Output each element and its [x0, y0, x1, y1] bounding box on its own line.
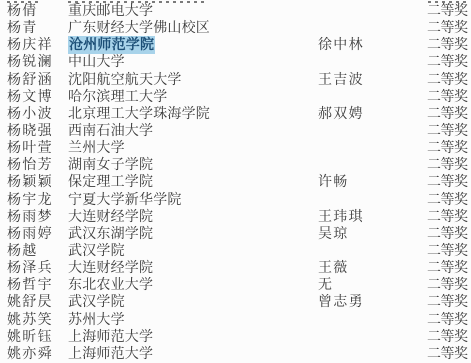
- search-highlight: 沧州师范学院: [68, 36, 155, 54]
- university-name: 武汉学院: [68, 294, 125, 311]
- table-row: 姚舒昃 武汉学院 曾志勇 二等奖: [0, 294, 471, 311]
- award-level: 二等奖: [427, 157, 468, 174]
- university-name: 苏州大学: [68, 312, 125, 329]
- university-name: 湖南女子学院: [68, 157, 153, 174]
- student-name: 杨哲宇: [7, 277, 53, 294]
- table-row: 杨越 武汉学院 二等奖: [0, 243, 471, 260]
- student-name: 杨越: [7, 243, 38, 260]
- table-row: 杨泽兵 大连财经学院 王薇 二等奖: [0, 260, 471, 277]
- award-level: 二等奖: [427, 20, 468, 37]
- university-name: 大连财经学院: [68, 209, 153, 226]
- table-row: 杨舒涵 沈阳航空航天大学 王吉波 二等奖: [0, 72, 471, 89]
- university-name: 哈尔滨理工大学: [68, 89, 167, 106]
- award-table: 杨倩 重庆邮电大学 二等奖 杨青 广东财经大学佛山校区 二等奖 杨庆祥 沧州师范…: [0, 3, 471, 363]
- student-name: 杨舒涵: [7, 72, 53, 89]
- award-level: 二等奖: [427, 260, 468, 277]
- table-row: 杨颖颖 保定理工学院 许畅 二等奖: [0, 174, 471, 191]
- advisor-name: 王吉波: [318, 72, 364, 89]
- university-name: 北京理工大学珠海学院: [68, 106, 210, 123]
- award-level: 二等奖: [427, 89, 468, 106]
- student-name: 姚昕钰: [7, 329, 53, 346]
- university-name: 兰州大学: [68, 140, 125, 157]
- award-level: 二等奖: [427, 3, 468, 20]
- university-name: 上海师范大学: [68, 329, 153, 346]
- university-name: 宁夏大学新华学院: [68, 192, 182, 209]
- table-row: 姚昕钰 上海师范大学 二等奖: [0, 329, 471, 346]
- award-level: 二等奖: [427, 123, 468, 140]
- award-level: 二等奖: [427, 140, 468, 157]
- table-row: 杨哲宇 东北农业大学 无 二等奖: [0, 277, 471, 294]
- student-name: 杨小波: [7, 106, 53, 123]
- table-row: 杨叶萱 兰州大学 二等奖: [0, 140, 471, 157]
- student-name: 杨倩: [7, 3, 38, 20]
- student-name: 姚苏笑: [7, 312, 53, 329]
- award-level: 二等奖: [427, 312, 468, 329]
- university-name: 西南石油大学: [68, 123, 153, 140]
- advisor-name: 王薇: [318, 260, 349, 277]
- document-page: 杨倩 重庆邮电大学 二等奖 杨青 广东财经大学佛山校区 二等奖 杨庆祥 沧州师范…: [0, 0, 471, 363]
- table-row: 杨晓强 西南石油大学 二等奖: [0, 123, 471, 140]
- award-level: 二等奖: [427, 209, 468, 226]
- student-name: 杨文博: [7, 89, 53, 106]
- university-name: 保定理工学院: [68, 174, 153, 191]
- student-name: 杨泽兵: [7, 260, 53, 277]
- university-name: 重庆邮电大学: [68, 3, 153, 20]
- table-row: 杨怡芳 湖南女子学院 二等奖: [0, 157, 471, 174]
- table-row: 杨小波 北京理工大学珠海学院 郝双娉 二等奖: [0, 106, 471, 123]
- table-row: 杨雨婷 武汉东湖学院 吴琼 二等奖: [0, 226, 471, 243]
- student-name: 杨雨梦: [7, 209, 53, 226]
- student-name: 杨庆祥: [7, 37, 53, 54]
- university-name: 上海师范大学: [68, 346, 153, 363]
- student-name: 杨叶萱: [7, 140, 53, 157]
- university-name: 中山大学: [68, 54, 125, 71]
- university-name: 大连财经学院: [68, 260, 153, 277]
- student-name: 杨雨婷: [7, 226, 53, 243]
- student-name: 杨晓强: [7, 123, 53, 140]
- advisor-name: 无: [318, 277, 333, 294]
- student-name: 姚舒昃: [7, 294, 53, 311]
- award-level: 二等奖: [427, 54, 468, 71]
- award-level: 二等奖: [427, 192, 468, 209]
- award-level: 二等奖: [427, 329, 468, 346]
- university-name: 广东财经大学佛山校区: [68, 20, 210, 37]
- award-level: 二等奖: [427, 277, 468, 294]
- advisor-name: 郝双娉: [318, 106, 364, 123]
- award-level: 二等奖: [427, 37, 468, 54]
- award-level: 二等奖: [427, 106, 468, 123]
- student-name: 杨锐澜: [7, 54, 53, 71]
- table-row: 杨庆祥 沧州师范学院 徐中林 二等奖: [0, 37, 471, 54]
- table-row: 杨宇龙 宁夏大学新华学院 二等奖: [0, 192, 471, 209]
- table-row: 姚亦舜 上海师范大学 二等奖: [0, 346, 471, 363]
- university-name: 沧州师范学院: [68, 37, 155, 54]
- advisor-name: 徐中林: [318, 37, 364, 54]
- award-level: 二等奖: [427, 243, 468, 260]
- table-row: 杨文博 哈尔滨理工大学 二等奖: [0, 89, 471, 106]
- university-name: 东北农业大学: [68, 277, 153, 294]
- student-name: 杨宇龙: [7, 192, 53, 209]
- advisor-name: 许畅: [318, 174, 349, 191]
- advisor-name: 王玮琪: [318, 209, 364, 226]
- student-name: 杨怡芳: [7, 157, 53, 174]
- student-name: 杨颖颖: [7, 174, 53, 191]
- award-level: 二等奖: [427, 174, 468, 191]
- student-name: 姚亦舜: [7, 346, 53, 363]
- award-level: 二等奖: [427, 72, 468, 89]
- award-level: 二等奖: [427, 294, 468, 311]
- advisor-name: 吴琼: [318, 226, 349, 243]
- advisor-name: 曾志勇: [318, 294, 364, 311]
- table-row: 杨倩 重庆邮电大学 二等奖: [0, 3, 471, 20]
- award-level: 二等奖: [427, 346, 468, 363]
- university-name: 沈阳航空航天大学: [68, 72, 182, 89]
- university-name: 武汉东湖学院: [68, 226, 153, 243]
- table-row: 姚苏笑 苏州大学 二等奖: [0, 312, 471, 329]
- table-row: 杨青 广东财经大学佛山校区 二等奖: [0, 20, 471, 37]
- student-name: 杨青: [7, 20, 38, 37]
- table-row: 杨雨梦 大连财经学院 王玮琪 二等奖: [0, 209, 471, 226]
- award-level: 二等奖: [427, 226, 468, 243]
- table-row: 杨锐澜 中山大学 二等奖: [0, 54, 471, 71]
- university-name: 武汉学院: [68, 243, 125, 260]
